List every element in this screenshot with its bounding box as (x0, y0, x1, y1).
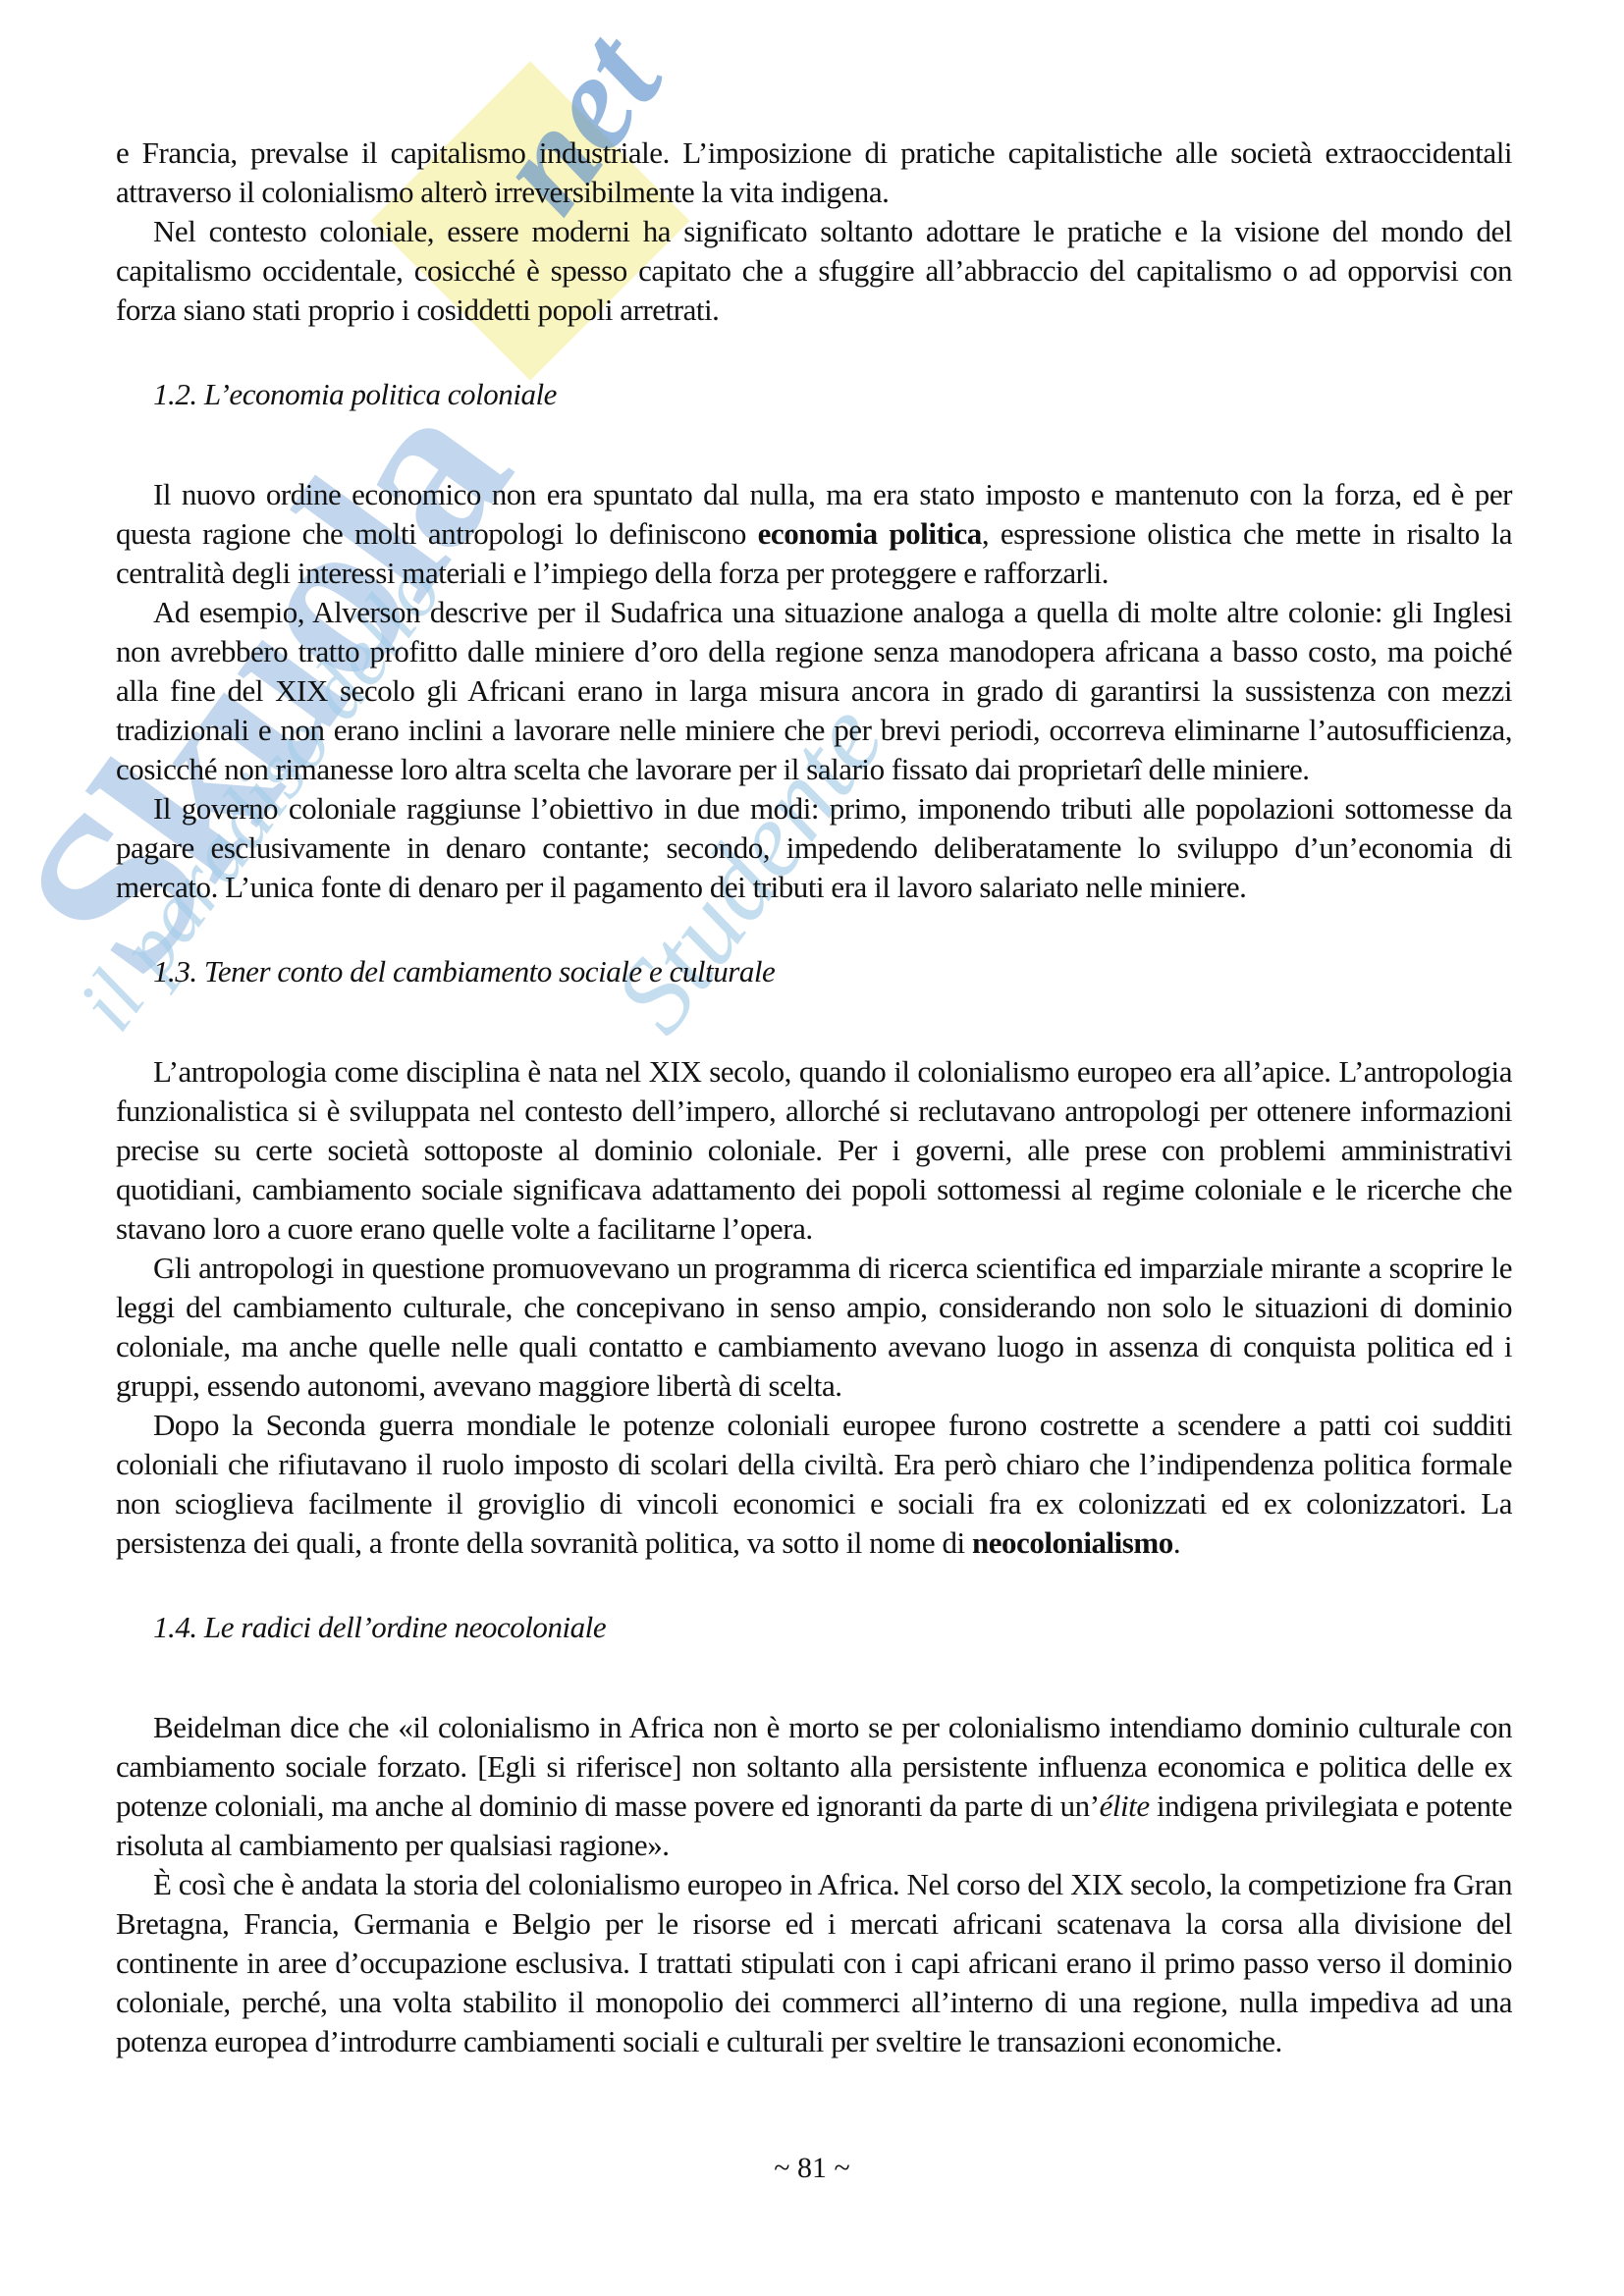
paragraph: È così che è andata la storia del coloni… (116, 1865, 1512, 2061)
document-page: Skuola net il paradiso dello Studente e … (0, 0, 1624, 2296)
bold-term: economia politica (758, 516, 982, 551)
italic-term: élite (1100, 1789, 1150, 1823)
paragraph: Ad esempio, Alverson descrive per il Sud… (116, 593, 1512, 789)
section-heading-1-4: 1.4. Le radici dell’ordine neocoloniale (116, 1608, 1512, 1647)
paragraph-text: Dopo la Seconda guerra mondiale le poten… (116, 1408, 1512, 1560)
paragraph: Il nuovo ordine economico non era spunta… (116, 475, 1512, 593)
paragraph: Nel contesto coloniale, essere moderni h… (116, 212, 1512, 330)
paragraph: Dopo la Seconda guerra mondiale le poten… (116, 1406, 1512, 1563)
section-heading-1-2: 1.2. L’economia politica coloniale (116, 375, 1512, 414)
paragraph-continuation: e Francia, prevalse il capitalismo indus… (116, 133, 1512, 212)
paragraph: L’antropologia come disciplina è nata ne… (116, 1052, 1512, 1249)
page-body-text: e Francia, prevalse il capitalismo indus… (0, 0, 1624, 2061)
section-heading-1-3: 1.3. Tener conto del cambiamento sociale… (116, 952, 1512, 991)
paragraph: Gli antropologi in questione promuovevan… (116, 1249, 1512, 1406)
paragraph: Il governo coloniale raggiunse l’obietti… (116, 789, 1512, 907)
page-number: ~ 81 ~ (0, 2152, 1624, 2185)
bold-term: neocolonialismo (972, 1525, 1173, 1560)
paragraph: Beidelman dice che «il colonialismo in A… (116, 1708, 1512, 1865)
paragraph-text: . (1173, 1525, 1180, 1560)
